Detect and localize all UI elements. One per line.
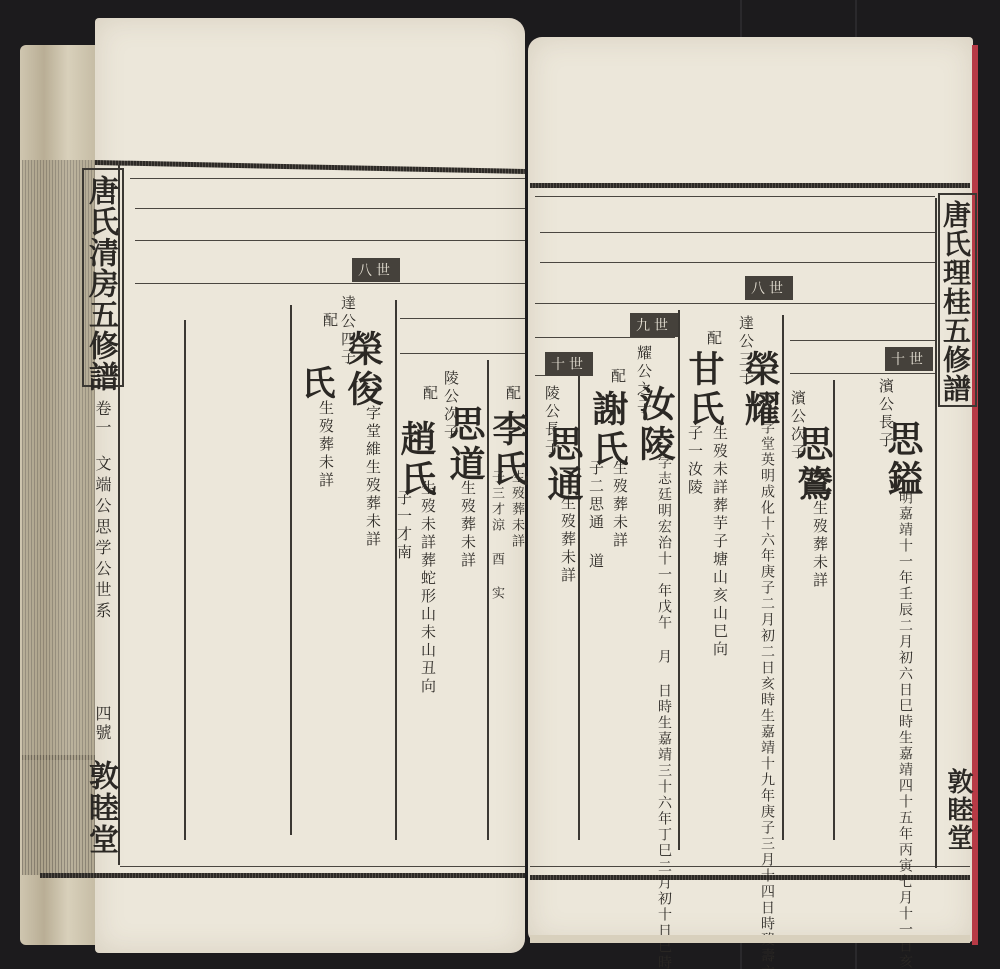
person-name: 榮耀	[742, 350, 778, 430]
spouse-label: 配	[322, 312, 337, 330]
column-line	[290, 305, 292, 835]
column-line	[184, 320, 186, 840]
frame-line	[535, 303, 935, 304]
hall-name-right: 敦睦堂	[940, 768, 977, 852]
children-label: 子一才南	[396, 490, 411, 562]
frame-line	[135, 208, 525, 209]
spine-title: 唐氏理桂五修譜	[941, 200, 969, 403]
children-label: 子三才涼 酉 实	[490, 470, 503, 602]
right-page-bottom-edge	[530, 935, 970, 943]
spouse-label: 配	[505, 385, 520, 403]
person-details: 字堂維生歿葬未詳	[365, 405, 380, 549]
spouse-label: 配	[706, 330, 721, 348]
section-label: 文端公思学公世系	[94, 455, 110, 623]
frame-line	[790, 373, 935, 374]
frame-line	[790, 340, 935, 341]
spouse-name: 甘氏	[686, 350, 722, 430]
person-name: 思道	[447, 405, 483, 485]
generation-badge: 八世	[352, 258, 400, 282]
spouse-details: 生歿葬未詳	[612, 460, 627, 550]
frame-line	[120, 866, 525, 867]
generation-badge: 十世	[885, 347, 933, 371]
generation-badge: 十世	[545, 352, 593, 376]
children-label: 子二思通 道	[588, 460, 603, 571]
frame-line	[400, 353, 525, 354]
person-details: 字志廷明宏治十一年戊午 月 日時生嘉靖三十六年丁巳二月初十日巳時歿壽六十歲葬網形…	[657, 455, 671, 855]
spouse-details: 生歿葬未詳	[318, 400, 333, 490]
spine-column-line	[935, 198, 937, 868]
person-name: 思鷟	[795, 425, 831, 505]
column-line	[395, 300, 397, 840]
frame-line	[135, 283, 525, 284]
person-details: 生歿葬未詳	[460, 480, 475, 570]
spouse-label: 配	[610, 368, 625, 386]
children-label: 子一汝陵	[687, 425, 702, 497]
person-name: 榮俊	[345, 330, 381, 410]
generation-badge: 九世	[630, 313, 678, 337]
column-line	[782, 315, 784, 840]
person-name: 思通	[545, 425, 581, 505]
top-border-right	[530, 183, 970, 188]
spine-title: 唐氏清房五修譜	[85, 175, 115, 392]
spouse-name: 謝氏	[590, 390, 626, 470]
spouse-label: 配	[422, 385, 437, 403]
frame-line	[535, 196, 935, 197]
frame-line	[130, 178, 525, 179]
spouse-name: 氏	[298, 365, 332, 403]
frame-line	[135, 240, 525, 241]
person-name: 汝陵	[637, 385, 673, 465]
frame-line	[540, 262, 935, 263]
bottom-border-left	[40, 873, 525, 878]
frame-line	[540, 232, 935, 233]
person-name: 思鎰	[885, 420, 921, 500]
open-genealogy-book: 唐氏清房五修譜 卷一 文端公思学公世系 四號 敦睦堂 八世 達公四子 榮俊 字堂…	[0, 0, 1000, 969]
frame-line	[535, 337, 675, 338]
generation-badge: 八世	[745, 276, 793, 300]
person-details: 生歿葬未詳	[812, 500, 827, 590]
person-details: 生歿葬未詳	[560, 495, 575, 585]
page-number: 四號	[94, 705, 110, 743]
hall-name-left: 敦睦堂	[78, 760, 122, 856]
spouse-details: 生歿未詳葬蛇形山未山丑向	[420, 480, 435, 696]
person-details: 明嘉靖十一年壬辰二月初六日巳時生嘉靖四十五年丙寅七月十一日亥時歿年三十四歲葬楊積…	[898, 490, 912, 850]
spouse-details: 生歿葬未詳	[510, 470, 523, 550]
spouse-details: 生歿未詳葬芋子塘山亥山巳向	[712, 425, 727, 659]
volume-label: 卷一	[94, 400, 110, 438]
frame-line	[400, 318, 525, 319]
person-details: 字堂英明成化十六年庚子二月初二日亥時生嘉靖十九年庚子三月十四日時歿壽六十歲葬網山…	[760, 420, 774, 840]
column-line	[678, 310, 680, 850]
